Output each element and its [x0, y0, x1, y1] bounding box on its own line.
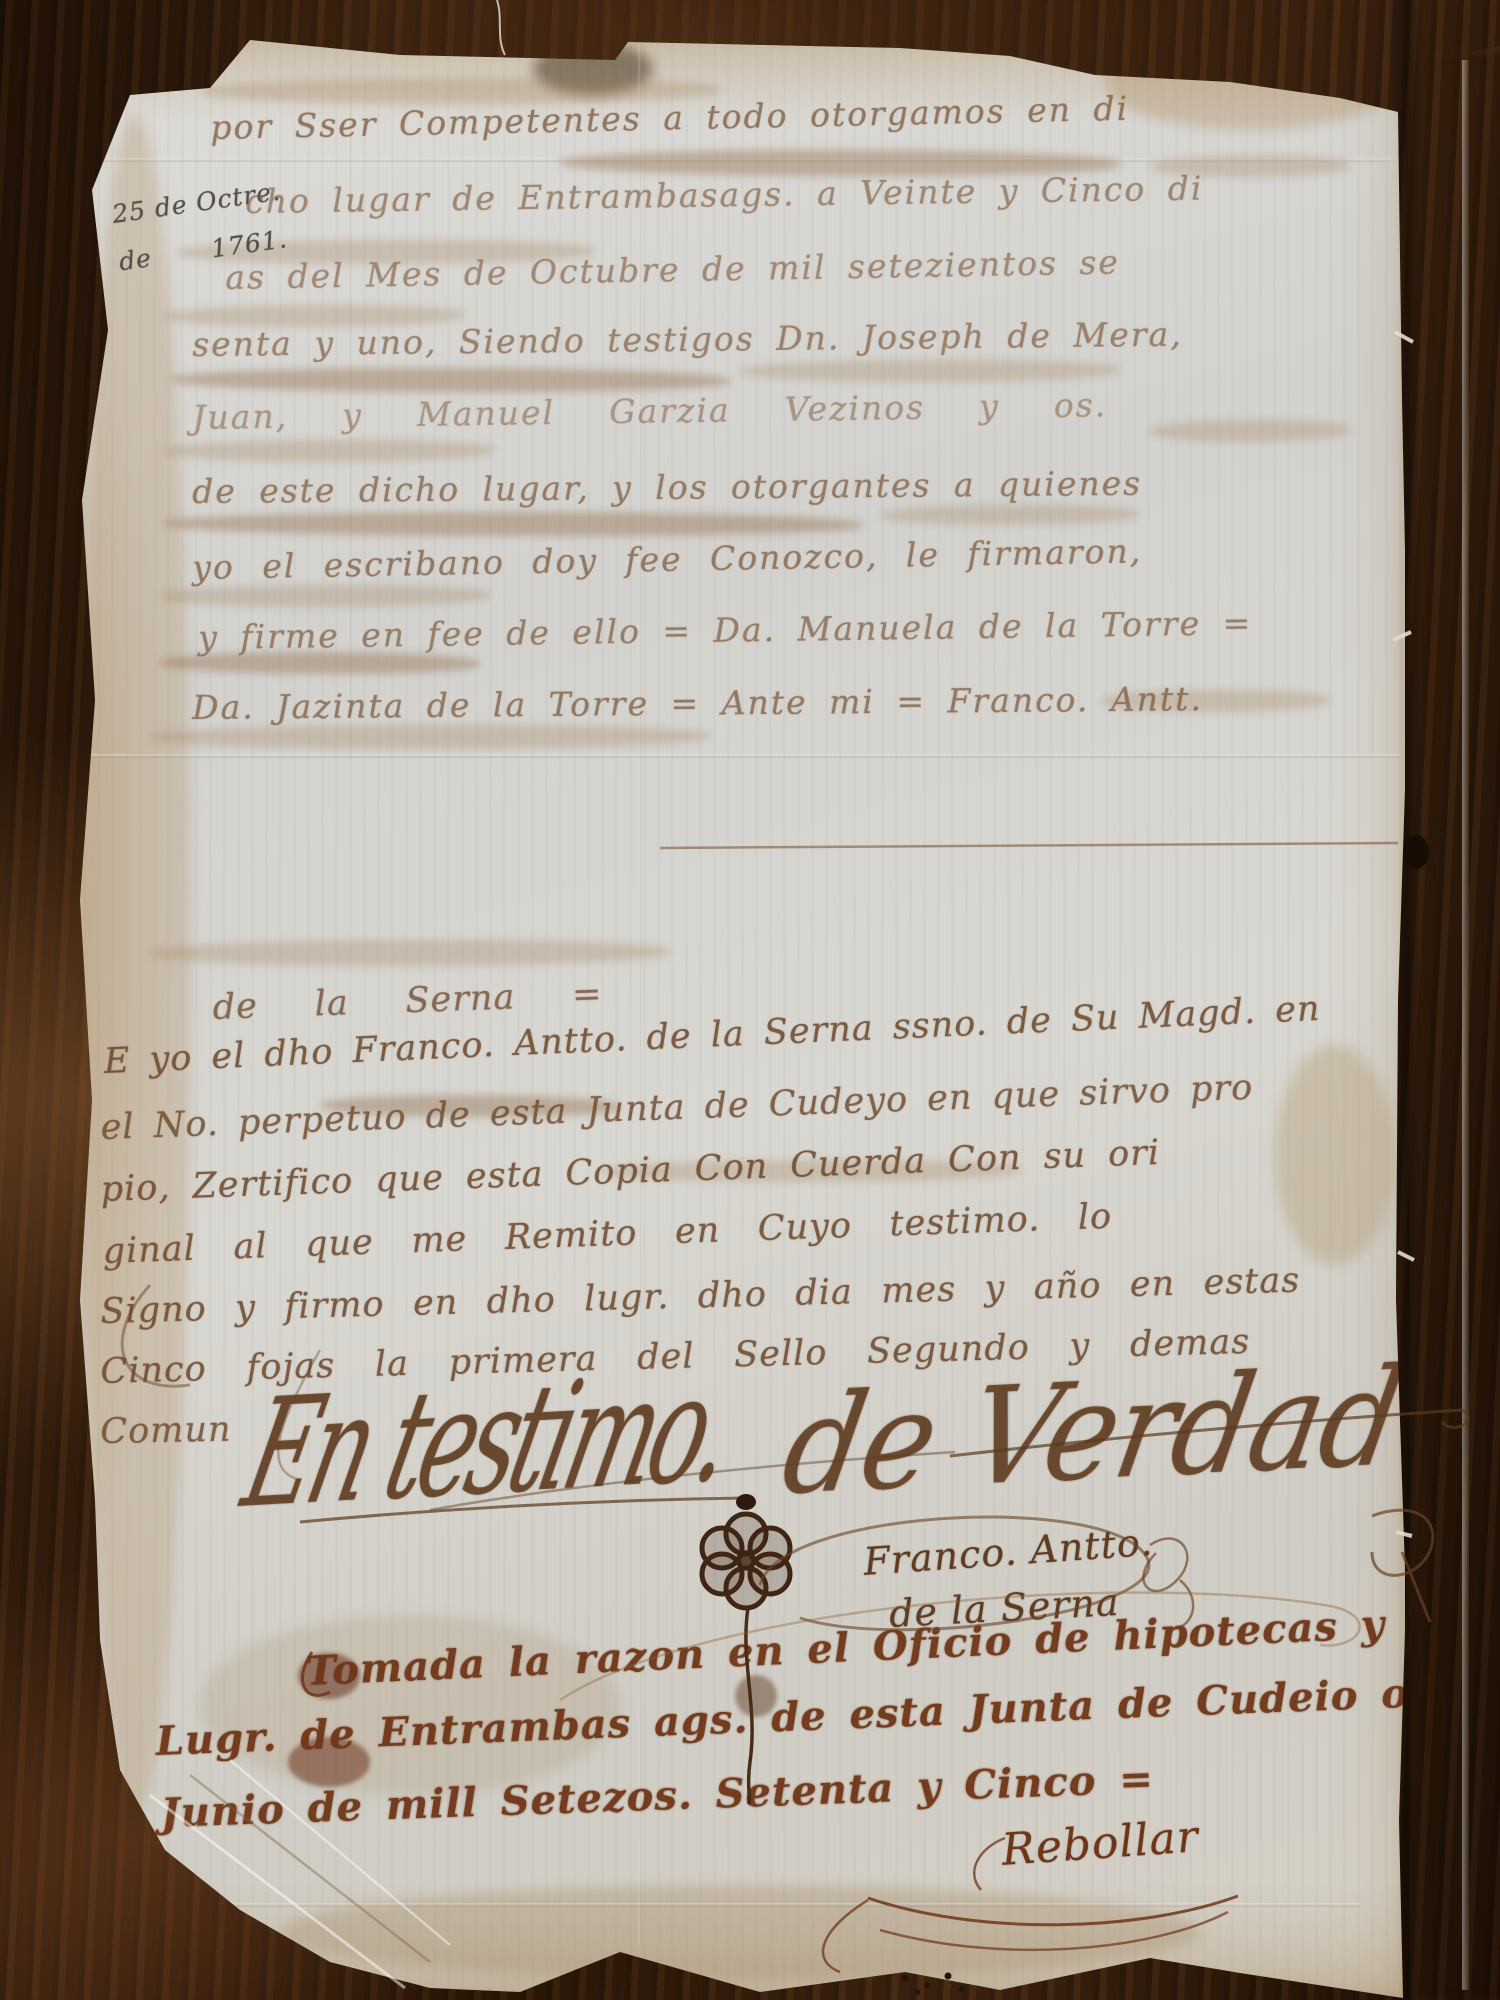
deed-line: y firme en fee de ello = Da. Manuela de … [198, 605, 1143, 657]
certification-line: pio, Zertifico que esta Copia Con Cuerda… [100, 1133, 1161, 1210]
ink-bleed-ghost [880, 505, 1140, 525]
notary-signature-line: Franco. Antto. [862, 1520, 1154, 1584]
certification-line: ginal al que me Remito en Cuyo testimo. … [102, 1197, 1113, 1272]
ink-bleed-ghost [160, 585, 490, 607]
deed-line: senta y uno, Siendo testigos Dn. Joseph … [192, 316, 1097, 364]
attestation-right: de Verdad [773, 1339, 1413, 1525]
ink-bleed-ghost [740, 360, 1120, 382]
attestation-left: En testimo. [230, 1342, 744, 1542]
deed-line: de este dicho lugar, y los otorgantes a … [192, 464, 1142, 511]
clerk-signature: Rebollar [1000, 1811, 1200, 1876]
stain [1275, 1045, 1395, 1265]
ink-bleed-ghost [150, 725, 710, 749]
ink-bleed-ghost [163, 512, 863, 536]
photo-frame: 25 de Octre. de 1761. por Sser Competent… [0, 0, 1500, 2000]
ink-bleed-ghost [150, 940, 670, 966]
stain [280, 1885, 1200, 1980]
paper-crease [120, 1903, 1360, 1907]
deed-line: Juan, y Manuel Garzia Vezinos y os. [192, 385, 1107, 437]
deed-line: cho lugar de Entrambasags. a Veinte y Ci… [245, 169, 1145, 221]
certification-line: Signo y firmo en dho lugr. dho dia mes y… [100, 1261, 1301, 1332]
deed-line: Da. Jazinta de la Torre = Ante mi = Fran… [192, 681, 1007, 727]
facing-page [1410, 46, 1500, 2000]
manuscript-page: 25 de Octre. de 1761. por Sser Competent… [55, 25, 1405, 2000]
certification-line: de la Serna = [212, 974, 603, 1028]
ink-bleed-ghost [1150, 420, 1350, 442]
certification-line: Comun [100, 1409, 271, 1452]
ink-bleed-ghost [170, 368, 730, 392]
ink-bleed-ghost [165, 440, 495, 462]
facing-page-crease [1462, 60, 1469, 1990]
paper-crease [80, 754, 1400, 758]
deed-line: yo el escribano doy fee Conozco, le firm… [192, 531, 1143, 587]
certification-line: el No. perpetuo de esta Junta de Cudeyo … [100, 1071, 1156, 1148]
